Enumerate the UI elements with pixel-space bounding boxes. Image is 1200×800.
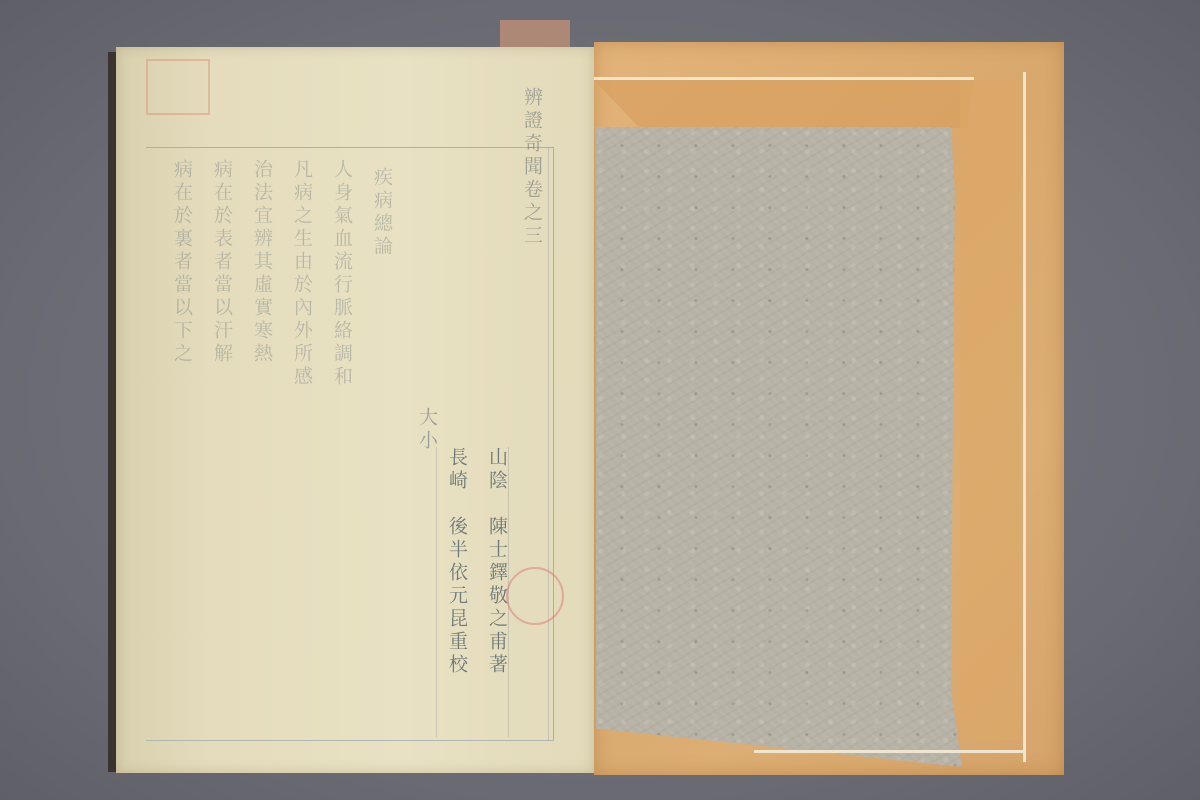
round-seal-stamp: [506, 567, 564, 625]
text-column: 病在於裏者當以下之: [171, 159, 193, 366]
text-column: 人身氣血流行脈絡調和: [331, 159, 353, 389]
fold-line-right: [1023, 72, 1026, 762]
left-text-page: 山陰 陳士鐸敬之甫著 長崎 後半依元昆重校 大小 辨證奇聞卷之三 疾病總論 人身…: [116, 47, 596, 773]
text-column: 治法宜辨其虛實寒熱: [251, 159, 273, 366]
volume-title-column: 辨證奇聞卷之三: [521, 87, 543, 248]
cover-flap-top: [594, 80, 974, 128]
square-seal-stamp: [146, 59, 210, 115]
text-column: 大小: [416, 407, 438, 453]
text-column: 病在於表者當以汗解: [211, 159, 233, 366]
grey-endpaper: [596, 127, 962, 767]
text-column: 長崎 後半依元昆重校: [446, 447, 468, 677]
cover-flap-right: [960, 80, 1020, 740]
column-rule: [436, 447, 437, 737]
fold-line-bottom: [754, 750, 1024, 753]
text-column: 凡病之生由於內外所感: [291, 159, 313, 389]
column-rule: [548, 147, 549, 741]
text-column: 疾病總論: [371, 167, 393, 259]
fold-line-top: [594, 77, 974, 80]
text-column: 山陰 陳士鐸敬之甫著: [486, 447, 508, 677]
right-cover-page: [594, 42, 1064, 775]
